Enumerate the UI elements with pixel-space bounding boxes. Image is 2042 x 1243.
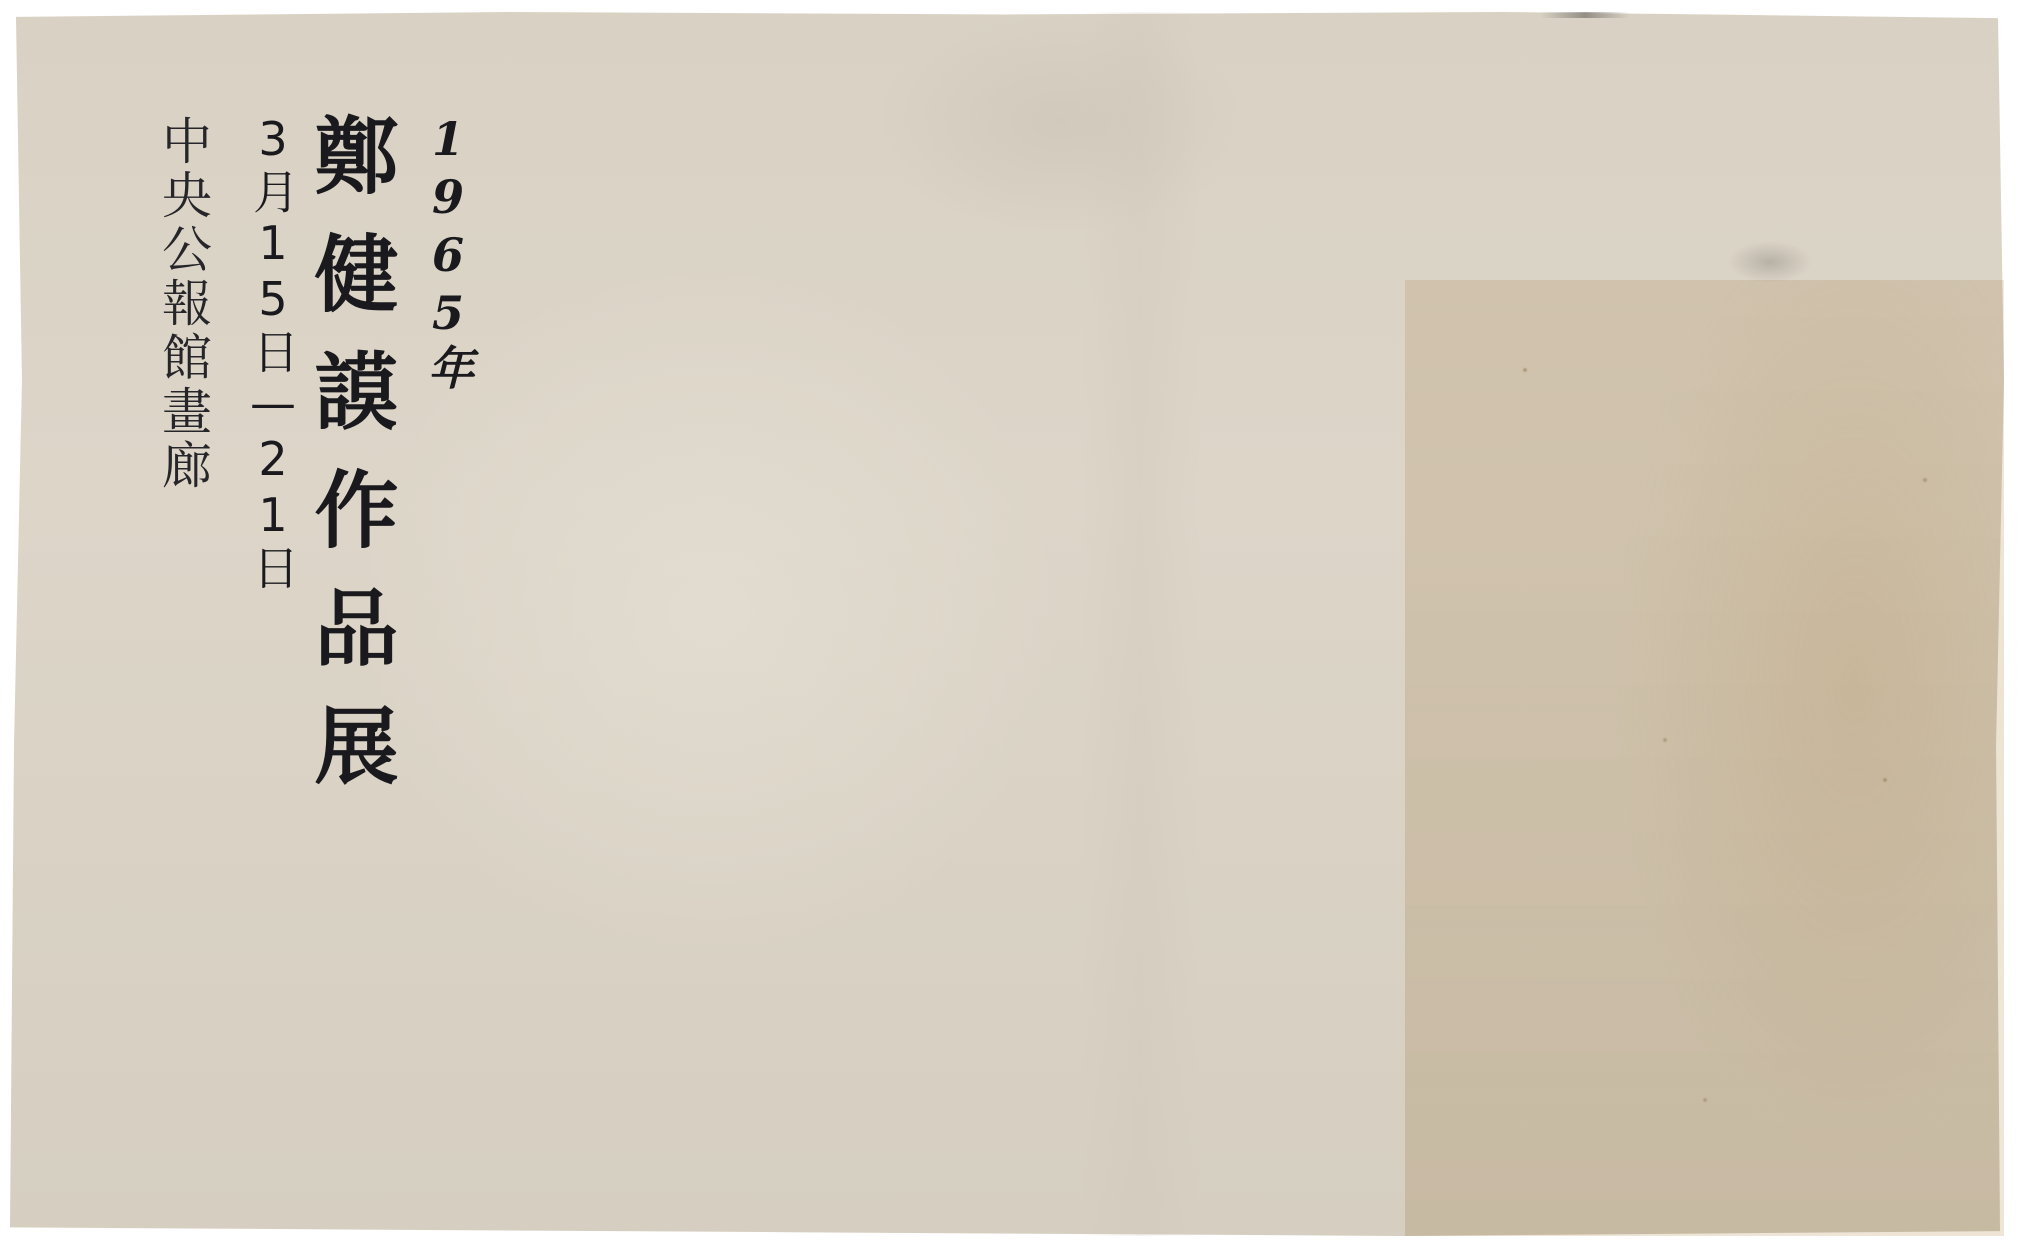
exhibition-title: 鄭健謨作品展 [308, 112, 392, 820]
edge-smudge [1540, 12, 1630, 18]
photo-stage: 1965年 鄭健謨作品展 3月15日—21日 中央公報館畫廊 [0, 0, 2042, 1243]
fold-shadow [1080, 12, 1200, 1236]
exhibition-year: 1965年 [425, 112, 471, 394]
foxing-stain-region [1405, 280, 2004, 1236]
exhibition-venue: 中央公報館畫廊 [158, 115, 208, 493]
exhibition-dates: 3月15日—21日 [250, 112, 296, 592]
